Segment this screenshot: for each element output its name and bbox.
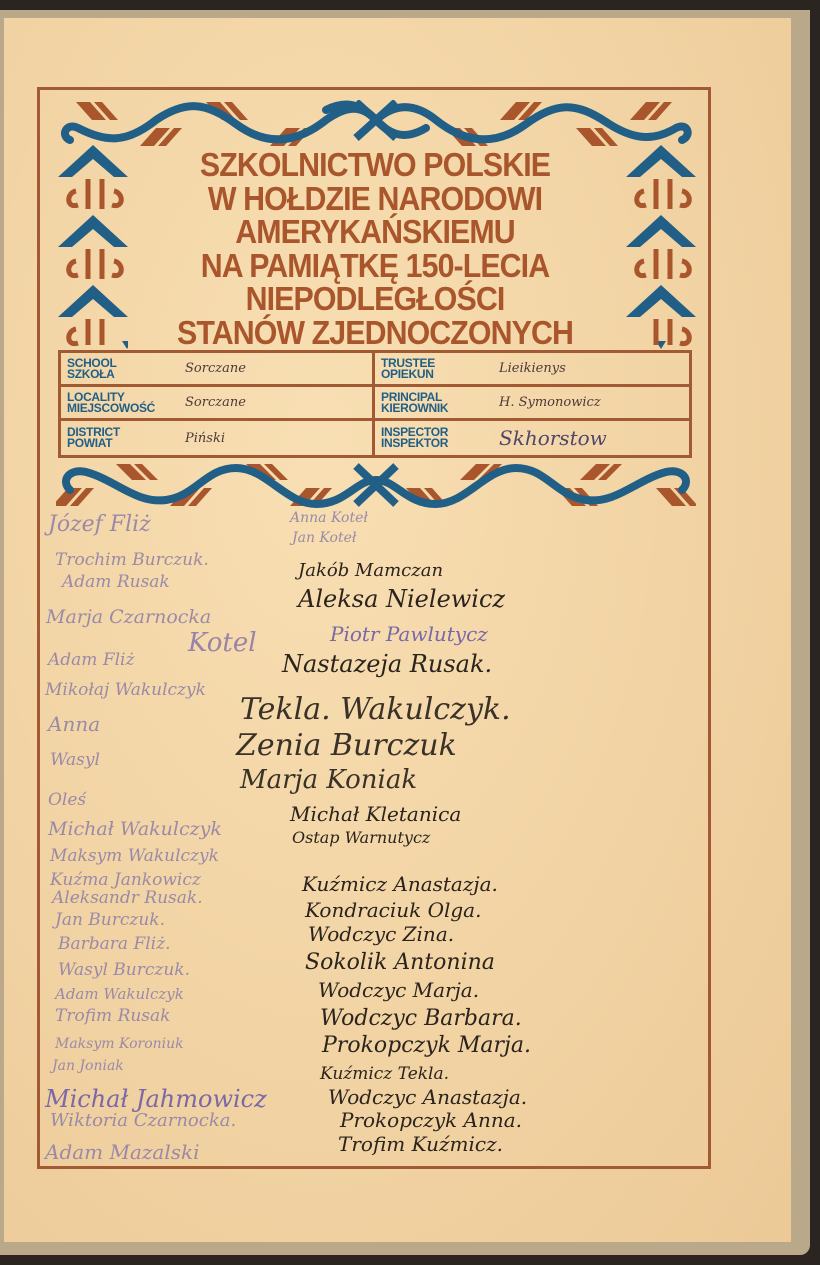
signature: Ostap Warnutycz xyxy=(292,828,430,847)
title-line: STANÓW ZJEDNOCZONYCH xyxy=(140,316,609,350)
signature: Anna Koteł xyxy=(290,510,368,526)
signature: Jan Joniak xyxy=(52,1058,124,1074)
signature: Jan Burczuk. xyxy=(55,910,165,930)
signature: Mikołaj Wakulczyk xyxy=(45,680,206,700)
signature: Wiktoria Czarnocka. xyxy=(50,1110,236,1131)
signature: Maksym Koroniuk xyxy=(55,1036,184,1052)
signature: Kuźma Jankowicz xyxy=(50,870,201,890)
signature: Trochim Burczuk. xyxy=(55,550,209,570)
signature: Sokolik Antonina xyxy=(305,950,495,975)
signature: Piotr Pawlutycz xyxy=(330,622,488,646)
title-line: AMERYKAŃSKIEMU xyxy=(140,215,609,249)
label-pl: INSPEKTOR xyxy=(381,438,491,449)
wave-ornament-top-icon xyxy=(56,100,696,148)
signature: Trofim Kuźmicz. xyxy=(338,1132,503,1156)
field-value: Piński xyxy=(177,431,225,446)
field-value-signature: Skhorstow xyxy=(491,426,607,450)
field-school: SCHOOLSZKOŁA Sorczane xyxy=(61,353,375,387)
label-pl: OPIEKUN xyxy=(381,369,491,380)
signature: Adam Mazalski xyxy=(45,1140,200,1164)
signature: Adam Fliż xyxy=(48,650,134,670)
field-inspector: INSPECTORINSPEKTOR Skhorstow xyxy=(375,421,689,455)
signature: Marja Czarnocka xyxy=(46,606,211,628)
signature: Aleksa Nielewicz xyxy=(298,585,505,613)
field-value: Sorczane xyxy=(177,395,246,410)
signature: Jakób Mamczan xyxy=(298,560,443,581)
signature: Maksym Wakulczyk xyxy=(50,846,219,866)
signature: Kondraciuk Olga. xyxy=(305,898,481,922)
signature: Wodczyc Zina. xyxy=(308,922,454,946)
side-ornament-right-icon xyxy=(626,145,696,350)
signature: Michał Wakulczyk xyxy=(48,818,222,840)
signature: Wodczyc Anastazja. xyxy=(328,1085,527,1109)
signature: Aleksandr Rusak. xyxy=(52,888,203,908)
side-ornament-left-icon xyxy=(58,145,128,350)
signature: Nastazeja Rusak. xyxy=(282,650,492,678)
signature: Michał Jahmowicz xyxy=(45,1085,267,1113)
title-line: NIEPODLEGŁOŚCI xyxy=(140,282,609,316)
signature: Józef Fliż xyxy=(48,512,151,537)
signature: Adam Rusak xyxy=(62,572,170,592)
label-pl: SZKOŁA xyxy=(67,369,177,380)
signature: Oleś xyxy=(48,790,86,810)
school-info-table: SCHOOLSZKOŁA Sorczane TRUSTEEOPIEKUN Lie… xyxy=(58,350,692,458)
signature: Wodczyc Marja. xyxy=(318,978,479,1002)
title-line: W HOŁDZIE NARODOWI xyxy=(140,182,609,216)
label-pl: KIEROWNIK xyxy=(381,403,491,414)
signature: Wasyl Burczuk. xyxy=(58,960,190,980)
signature: Wasyl xyxy=(50,750,100,770)
signature: Barbara Fliż. xyxy=(58,934,170,954)
signature: Trofim Rusak xyxy=(55,1006,170,1026)
signature: Tekla. Wakulczyk. xyxy=(240,692,511,727)
label-pl: POWIAT xyxy=(67,438,177,449)
signature: Marja Koniak xyxy=(240,765,417,795)
field-value: Lieikienys xyxy=(491,361,566,376)
field-trustee: TRUSTEEOPIEKUN Lieikienys xyxy=(375,353,689,387)
signature: Prokopczyk Marja. xyxy=(322,1033,531,1058)
label-pl: MIEJSCOWOŚĆ xyxy=(67,403,177,414)
signature: Wodczyc Barbara. xyxy=(320,1006,522,1031)
field-principal: PRINCIPALKIEROWNIK H. Symonowicz xyxy=(375,387,689,421)
signature: Zenia Burczuk xyxy=(236,728,457,763)
signature: Prokopczyk Anna. xyxy=(340,1108,522,1132)
document-title: SZKOLNICTWO POLSKIE W HOŁDZIE NARODOWI A… xyxy=(120,148,630,349)
field-value: H. Symonowicz xyxy=(491,395,601,410)
wave-ornament-bottom-icon xyxy=(56,460,696,508)
field-value: Sorczane xyxy=(177,361,246,376)
field-district: DISTRICTPOWIAT Piński xyxy=(61,421,375,455)
signature: Jan Koteł xyxy=(292,530,356,546)
signature: Kuźmicz Anastazja. xyxy=(302,872,498,896)
title-line: SZKOLNICTWO POLSKIE xyxy=(140,148,609,182)
signature: Michał Kletanica xyxy=(290,802,461,826)
signature: Kuźmicz Tekla. xyxy=(320,1064,449,1084)
field-locality: LOCALITYMIEJSCOWOŚĆ Sorczane xyxy=(61,387,375,421)
signature: Kotel xyxy=(188,628,257,658)
title-line: NA PAMIĄTKĘ 150-LECIA xyxy=(140,249,609,283)
signature: Anna xyxy=(48,712,100,736)
signature: Adam Wakulczyk xyxy=(55,985,184,1003)
